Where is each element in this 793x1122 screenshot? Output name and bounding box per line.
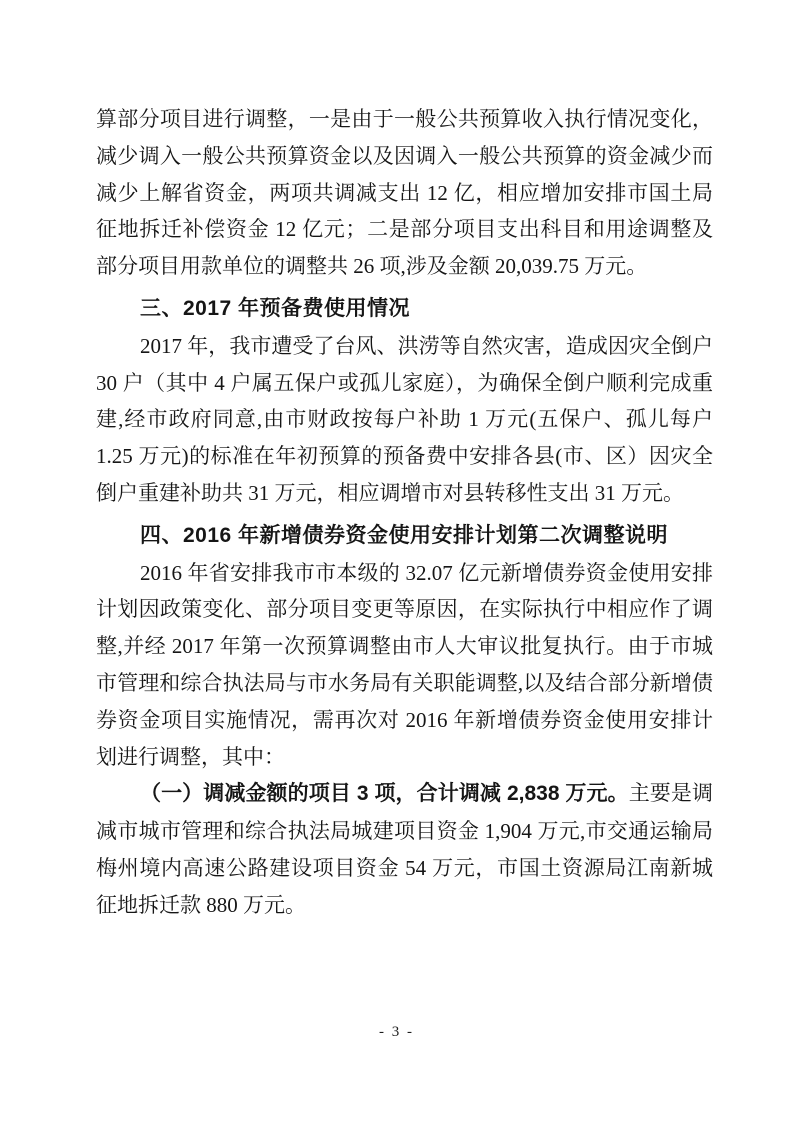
page-number: - 3 -	[0, 1024, 793, 1041]
section-heading: 三、2017 年预备费使用情况	[96, 291, 713, 328]
body-paragraph: 2017 年，我市遭受了台风、洪涝等自然灾害，造成因灾全倒户 30 户（其中 4…	[96, 328, 713, 512]
body-paragraph: 算部分项目进行调整，一是由于一般公共预算收入执行情况变化，减少调入一般公共预算资…	[96, 101, 713, 285]
paragraph-bold-lead: （一）调减金额的项目 3 项，合计调减 2,838 万元。	[140, 782, 629, 805]
document-page: 算部分项目进行调整，一是由于一般公共预算收入执行情况变化，减少调入一般公共预算资…	[0, 0, 793, 1122]
body-paragraph: （一）调减金额的项目 3 项，合计调减 2,838 万元。主要是调减市城市管理和…	[96, 775, 713, 923]
document-body: 算部分项目进行调整，一是由于一般公共预算收入执行情况变化，减少调入一般公共预算资…	[96, 101, 713, 924]
section-heading: 四、2016 年新增债券资金使用安排计划第二次调整说明	[96, 518, 713, 555]
body-paragraph: 2016 年省安排我市市本级的 32.07 亿元新增债券资金使用安排计划因政策变…	[96, 555, 713, 776]
